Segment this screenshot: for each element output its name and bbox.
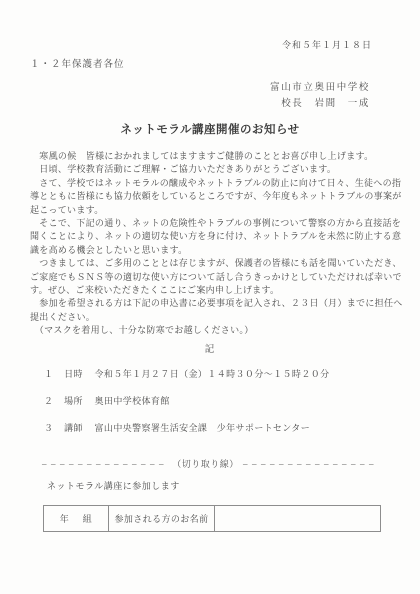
item-number: ３ [44,423,53,433]
item-number: １ [44,369,53,379]
body-line: ご家庭でもＳＮＳ等の適切な使い方について話し合うきっかけとしていただければ幸いで [30,271,390,284]
body-line: つきましては、ご多用のこととは存じますが、保護者の皆様にも話を聞いていただき、 [30,257,390,270]
document-title: ネットモラル講座開催のお知らせ [30,121,390,137]
record-item-datetime: １ 日時 令和５年１月２７日（金）１４時３０分～１５時２０分 [44,367,390,380]
body-line: 識を高める機会としたいと思います。 [30,244,390,257]
body-line: 寒風の候 皆様におかれましてはますますご健勝のこととお喜び申し上げます。 [30,150,390,163]
principal-name: 校長 岩間 一成 [30,95,370,109]
body-line: そこで、下記の通り、ネットの危険性やトラブルの事例について警察の方から直接話を [30,217,390,230]
body-line: 提出ください。 [30,311,390,324]
item-value: 令和５年１月２７日（金）１４時３０分～１５時２０分 [95,369,330,379]
document-page: 令和５年１月１８日 １・２年保護者各位 富山市立奥田中学校 校長 岩間 一成 ネ… [0,0,420,594]
item-label: 日時 [64,369,83,379]
body-line: す。ぜひ、ご来校いただきたくここにご案内申し上げます。 [30,284,390,297]
cut-line-dashes-right: ––––––––––––––– [243,459,378,469]
body-line: 導とともに皆様にも協力依頼をしているところですが、今年度もネットトラブルの事案が [30,190,390,203]
body-line: 聞くことにより、ネットの適切な使い方を身に付け、ネットトラブルを未然に防止する意 [30,230,390,243]
sender-block: 富山市立奥田中学校 校長 岩間 一成 [30,79,390,109]
body-line: 参加を希望される方は下記の申込書に必要事項を記入され、２３日（月）までに担任へ [30,297,390,310]
year-label: 年 [60,512,69,525]
name-entry-cell [215,506,380,531]
item-value: 富山中央警察署生活安全課 少年サポートセンター [95,423,311,433]
record-item-lecturer: ３ 講師 富山中央警察署生活安全課 少年サポートセンター [44,421,390,434]
year-class-cell: 年 組 [44,506,109,531]
record-marker: 記 [30,341,390,355]
cut-line: –––––––––––––– （切り取り線） ––––––––––––––– [30,457,390,470]
class-label: 組 [83,512,92,525]
document-date: 令和５年１月１８日 [30,38,390,51]
cut-line-label: （切り取り線） [172,459,239,469]
name-header-cell: 参加される方のお名前 [109,506,215,531]
application-form-table: 年 組 参加される方のお名前 [43,505,381,532]
body-line: 起こっています。 [30,204,390,217]
school-name: 富山市立奥田中学校 [30,79,370,93]
record-item-place: ２ 場所 奥田中学校体育館 [44,394,390,407]
participation-statement: ネットモラル講座に参加します [47,479,390,492]
item-label: 場所 [64,396,83,406]
item-label: 講師 [64,423,83,433]
cut-line-dashes-left: –––––––––––––– [42,459,168,469]
record-list: １ 日時 令和５年１月２７日（金）１４時３０分～１５時２０分 ２ 場所 奥田中学… [44,367,390,434]
item-value: 奥田中学校体育館 [95,396,170,406]
letter-body: 寒風の候 皆様におかれましてはますますご健勝のこととお喜び申し上げます。 日頃、… [30,150,390,338]
addressee: １・２年保護者各位 [30,56,390,70]
body-line: （マスクを着用し、十分な防寒でお越しください。） [30,324,390,337]
item-number: ２ [44,396,53,406]
body-line: さて、学校ではネットモラルの醸成やネットトラブルの防止に向けて日々、生徒への指 [30,177,390,190]
body-line: 日頃、学校教育活動にご理解・ご協力いただきありがとうございます。 [30,163,390,176]
